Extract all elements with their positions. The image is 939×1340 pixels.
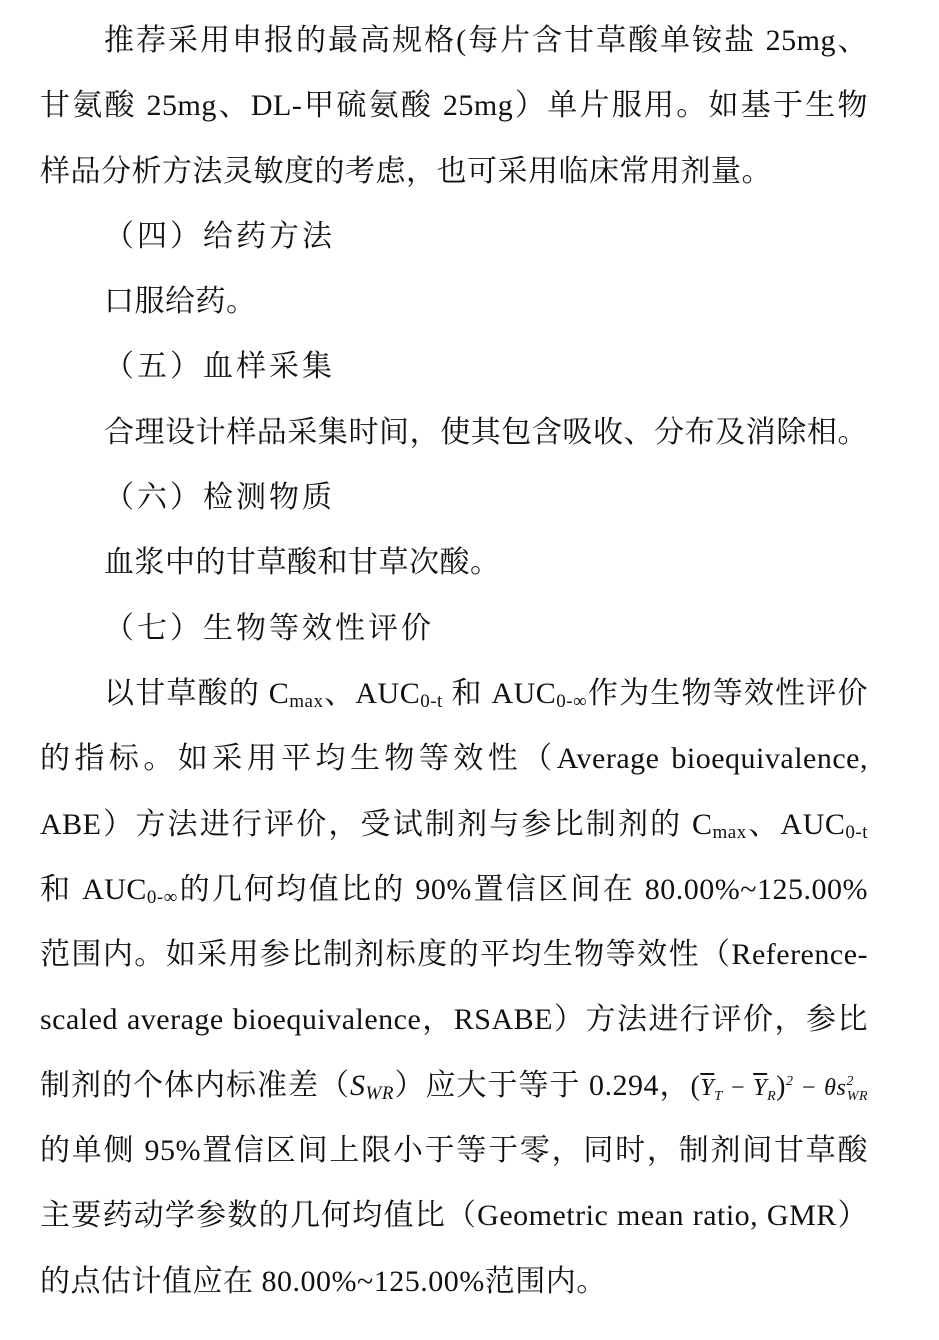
subscript: max [712,822,746,843]
text-run: 和 AUC [443,677,556,710]
paragraph-line: 口服给药。 [40,269,868,334]
paragraph-line: 合理设计样品采集时间，使其包含吸收、分布及消除相。 [40,400,868,465]
paragraph-line: 主要药动学参数的几何均值比（Geometric mean ratio, GMR） [40,1183,868,1248]
subscript: 0-t [420,691,443,712]
paragraph-line: 血浆中的甘草酸和甘草次酸。 [40,530,868,595]
text-run: 的几何均值比的 90%置信区间在 80.00%~125.00% [178,873,868,906]
text-run: 、AUC [323,677,420,710]
text-run: 和 AUC [40,873,147,906]
symbol-swr: SWR [350,1069,394,1102]
paragraph-line: 制剂的个体内标准差（SWR）应大于等于 0.294，(YT − YR)2 − θ… [40,1053,868,1118]
paragraph-line: 的单侧 95%置信区间上限小于等于零，同时，制剂间甘草酸 [40,1118,868,1183]
paragraph-line: 以甘草酸的 Cmax、AUC0-t 和 AUC0-∞作为生物等效性评价 [40,661,868,726]
paragraph-line: 甘氨酸 25mg、DL-甲硫氨酸 25mg）单片服用。如基于生物 [40,73,868,138]
paragraph-line: scaled average bioequivalence，RSABE）方法进行… [40,987,868,1052]
paragraph-line: ABE）方法进行评价，受试制剂与参比制剂的 Cmax、AUC0-t [40,792,868,857]
document-page: 推荐采用申报的最高规格(每片含甘草酸单铵盐 25mg、 甘氨酸 25mg、DL-… [40,8,868,1314]
paragraph-line: 样品分析方法灵敏度的考虑，也可采用临床常用剂量。 [40,139,868,204]
paragraph-line: 的指标。如采用平均生物等效性（Average bioequivalence, [40,726,868,791]
section-heading-dosing-method: （四）给药方法 [40,204,868,269]
section-heading-blood-sampling: （五）血样采集 [40,334,868,399]
text-run: 以甘草酸的 C [104,677,289,710]
subscript: 0-t [845,822,868,843]
paragraph-line: 范围内。如采用参比制剂标度的平均生物等效性（Reference- [40,922,868,987]
paragraph-line: 推荐采用申报的最高规格(每片含甘草酸单铵盐 25mg、 [40,8,868,73]
text-run: 制剂的个体内标准差（ [40,1069,350,1102]
text-run: 作为生物等效性评价 [587,677,868,710]
text-run: ABE）方法进行评价，受试制剂与参比制剂的 C [40,808,712,841]
math-formula: (YT − YR)2 − θs2WR [691,1075,869,1101]
section-heading-analytes: （六）检测物质 [40,465,868,530]
paragraph-line: 的点估计值应在 80.00%~125.00%范围内。 [40,1249,868,1314]
subscript: 0-∞ [556,691,587,712]
subscript: 0-∞ [147,887,178,908]
text-run: 、AUC [747,808,846,841]
subscript: max [289,691,323,712]
paragraph-line: 和 AUC0-∞的几何均值比的 90%置信区间在 80.00%~125.00% [40,857,868,922]
text-run: ）应大于等于 0.294， [394,1069,691,1102]
section-heading-bioequivalence-evaluation: （七）生物等效性评价 [40,596,868,661]
